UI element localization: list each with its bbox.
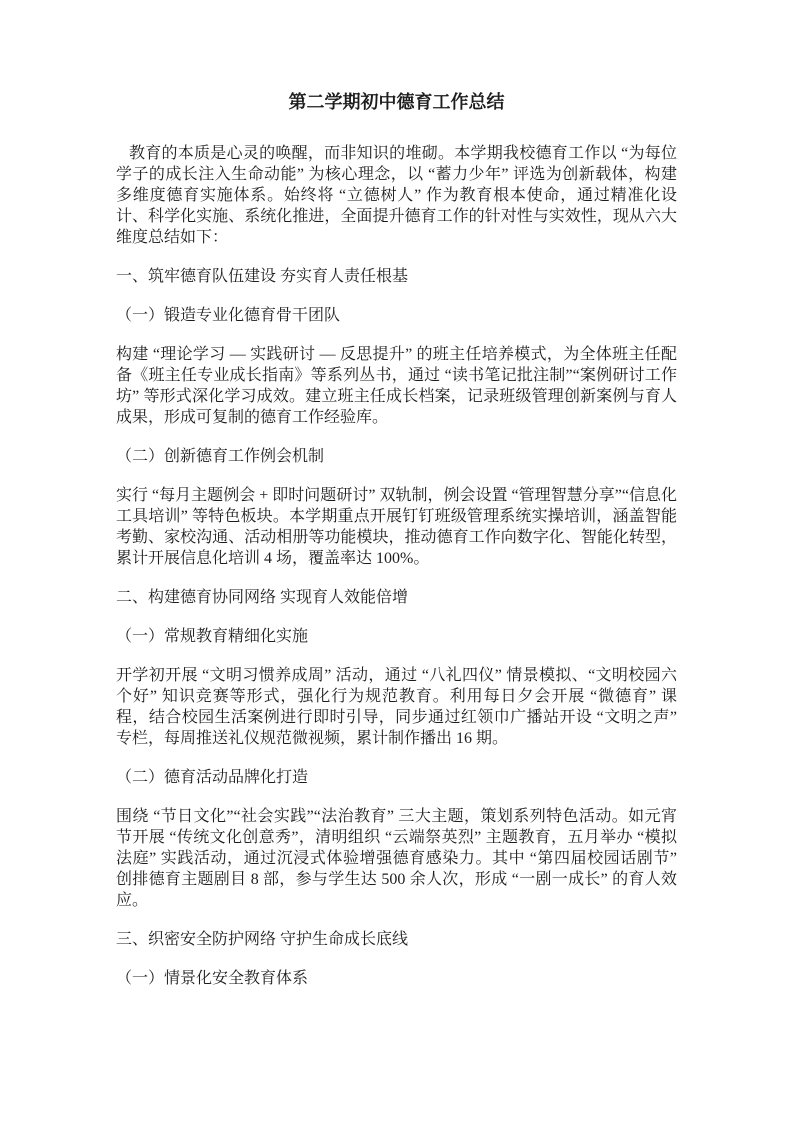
paragraph-heading2: （一）常规教育精细化实施	[116, 626, 677, 647]
paragraph-heading1: 二、构建德育协同网络 实现育人效能倍增	[116, 587, 677, 608]
paragraph-heading2: （二）创新德育工作例会机制	[116, 446, 677, 467]
document-page: 第二学期初中德育工作总结 教育的本质是心灵的唤醒，而非知识的堆砌。本学期我校德育…	[0, 0, 793, 1122]
paragraph-heading2: （二）德育活动品牌化打造	[116, 767, 677, 788]
paragraph-body: 围绕 “节日文化”“社会实践”“法治教育” 三大主题，策划系列特色活动。如元宵节…	[116, 806, 677, 911]
document-title: 第二学期初中德育工作总结	[116, 90, 677, 114]
paragraph-body: 开学初开展 “文明习惯养成周” 活动，通过 “八礼四仪” 情景模拟、“文明校园六…	[116, 665, 677, 749]
paragraph-heading2: （一）锻造专业化德育骨干团队	[116, 305, 677, 326]
paragraph-body: 实行 “每月主题例会 + 即时问题研讨” 双轨制，例会设置 “管理智慧分享”“信…	[116, 485, 677, 569]
paragraph-heading2: （一）情景化安全教育体系	[116, 968, 677, 989]
paragraph-intro: 教育的本质是心灵的唤醒，而非知识的堆砌。本学期我校德育工作以 “为每位学子的成长…	[116, 143, 677, 248]
document-body: 教育的本质是心灵的唤醒，而非知识的堆砌。本学期我校德育工作以 “为每位学子的成长…	[116, 143, 677, 989]
paragraph-heading1: 三、织密安全防护网络 守护生命成长底线	[116, 929, 677, 950]
paragraph-body: 构建 “理论学习 — 实践研讨 — 反思提升” 的班主任培养模式，为全体班主任配…	[116, 344, 677, 428]
paragraph-heading1: 一、筑牢德育队伍建设 夯实育人责任根基	[116, 266, 677, 287]
